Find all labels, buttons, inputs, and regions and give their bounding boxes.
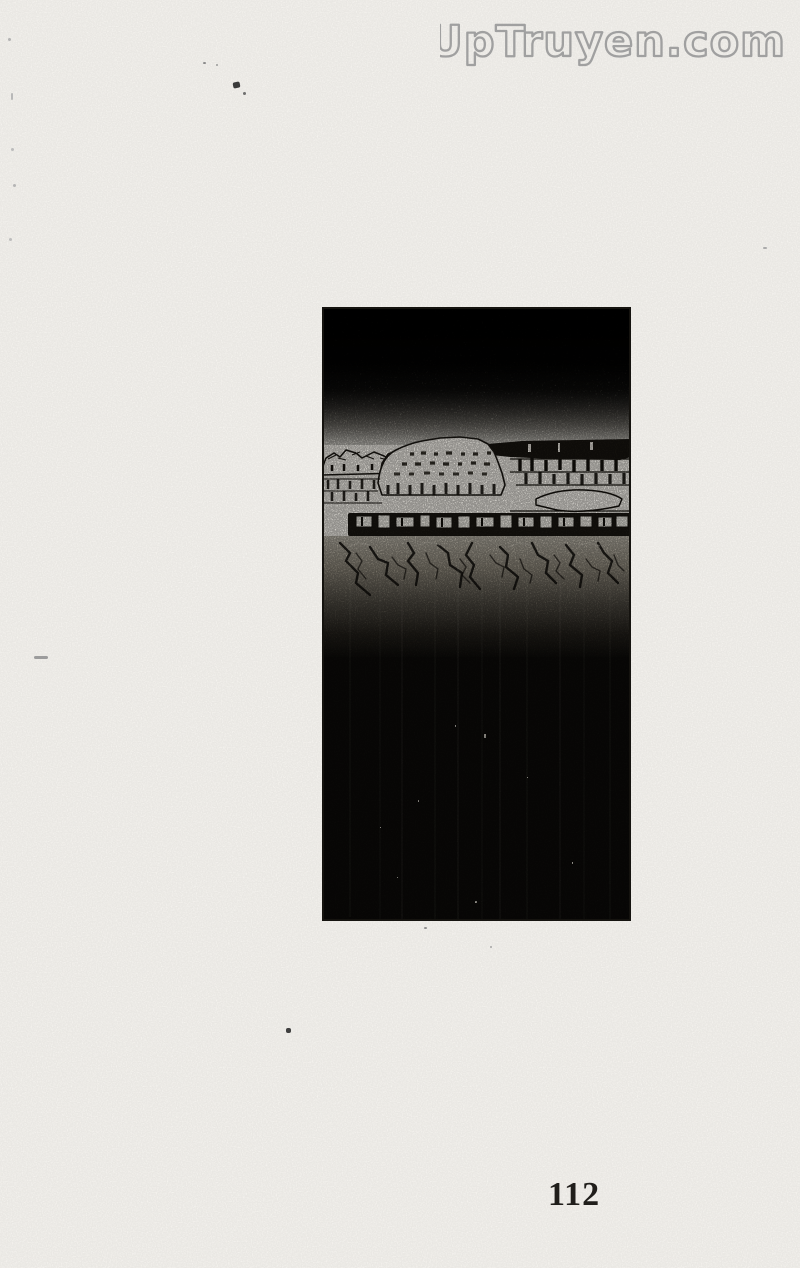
scan-speck xyxy=(9,238,12,241)
scanned-manga-page: UpTruyen.com xyxy=(0,0,800,1268)
canyon-artwork xyxy=(322,307,631,921)
scan-speck xyxy=(424,927,427,929)
scan-speck xyxy=(490,946,492,948)
scan-speck xyxy=(232,81,240,88)
scan-speck xyxy=(13,184,16,187)
manga-panel xyxy=(322,307,631,921)
scan-speck xyxy=(763,247,767,249)
watermark-text: UpTruyen.com xyxy=(440,17,786,67)
scan-speck xyxy=(243,92,246,95)
scan-speck xyxy=(216,64,218,66)
site-watermark: UpTruyen.com xyxy=(440,10,792,74)
scan-speck xyxy=(8,38,11,41)
page-number: 112 xyxy=(548,1176,608,1214)
scan-speck xyxy=(286,1028,291,1033)
scan-speck xyxy=(11,93,13,100)
scan-speck xyxy=(34,656,48,659)
scan-speck xyxy=(11,148,14,151)
scan-speck xyxy=(203,62,206,64)
